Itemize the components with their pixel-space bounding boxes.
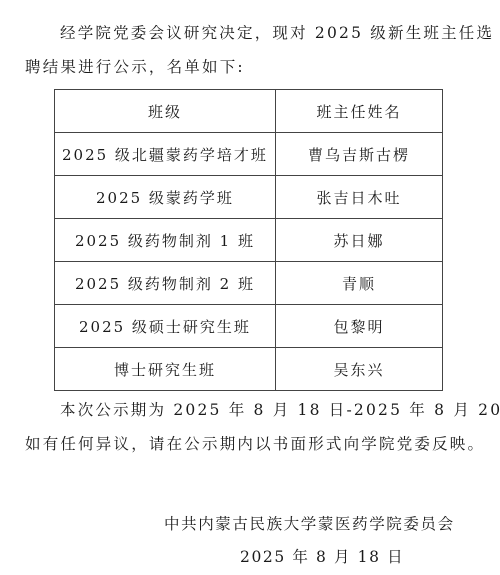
class-cell: 2025 级蒙药学班 [55, 176, 276, 219]
intro-paragraph-line-1: 经学院党委会议研究决定，现对 2025 级新生班主任选 [60, 21, 494, 43]
teacher-cell: 曹乌吉斯古楞 [275, 133, 442, 176]
table-row: 2025 级药物制剂 2 班 青顺 [55, 262, 443, 305]
table-row: 2025 级蒙药学班 张吉日木吐 [55, 176, 443, 219]
table-row: 2025 级硕士研究生班 包黎明 [55, 305, 443, 348]
intro-paragraph-line-2: 聘结果进行公示，名单如下: [25, 55, 245, 77]
teacher-cell: 张吉日木吐 [275, 176, 442, 219]
class-cell: 2025 级北疆蒙药学培才班 [55, 133, 276, 176]
teacher-cell: 包黎明 [275, 305, 442, 348]
signature-date: 2025 年 8 月 18 日 [240, 545, 404, 567]
class-cell: 博士研究生班 [55, 348, 276, 391]
teacher-cell: 青顺 [275, 262, 442, 305]
class-cell: 2025 级硕士研究生班 [55, 305, 276, 348]
objection-instructions-text: 如有任何异议，请在公示期内以书面形式向学院党委反映。 [25, 432, 485, 454]
class-cell: 2025 级药物制剂 2 班 [55, 262, 276, 305]
table-header-row: 班级 班主任姓名 [55, 90, 443, 133]
teacher-cell: 苏日娜 [275, 219, 442, 262]
table-row: 2025 级药物制剂 1 班 苏日娜 [55, 219, 443, 262]
table-row: 2025 级北疆蒙药学培才班 曹乌吉斯古楞 [55, 133, 443, 176]
class-cell: 2025 级药物制剂 1 班 [55, 219, 276, 262]
header-teacher-name: 班主任姓名 [275, 90, 442, 133]
notice-period-text: 本次公示期为 2025 年 8 月 18 日-2025 年 8 月 20 日。 [60, 398, 500, 420]
table-row: 博士研究生班 吴东兴 [55, 348, 443, 391]
teacher-cell: 吴东兴 [275, 348, 442, 391]
header-class: 班级 [55, 90, 276, 133]
teacher-assignment-table: 班级 班主任姓名 2025 级北疆蒙药学培才班 曹乌吉斯古楞 2025 级蒙药学… [54, 89, 443, 391]
signature-organization: 中共内蒙古民族大学蒙医药学院委员会 [164, 512, 455, 534]
